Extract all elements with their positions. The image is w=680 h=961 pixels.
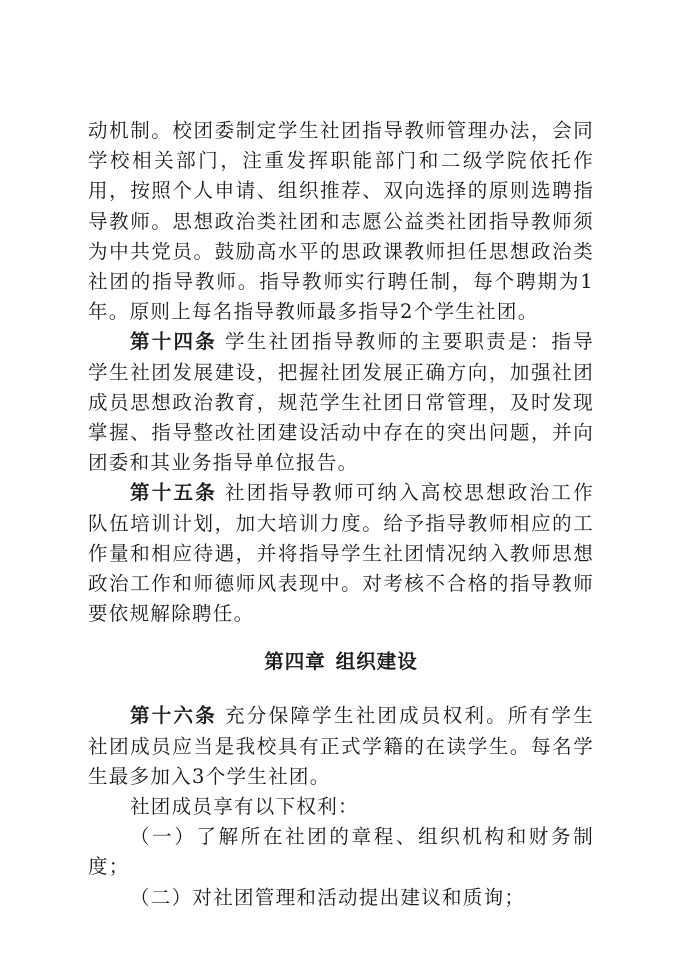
article-14: 第十四条学生社团指导教师的主要职责是：指导学生社团发展建设，把握社团发展正确方向… [88,327,594,478]
article-15: 第十五条社团指导教师可纳入高校思想政治工作队伍培训计划，加大培训力度。给予指导教… [88,478,594,629]
chapter-number: 第四章 [264,650,326,673]
rights-item-1: （一）了解所在社团的章程、组织机构和财务制度； [88,822,594,882]
article-number: 第十四条 [130,330,217,353]
chapter-title: 组织建设 [336,650,418,673]
article-16: 第十六条充分保障学生社团成员权利。所有学生社团成员应当是我校具有正式学籍的在读学… [88,701,594,792]
chapter-heading: 第四章组织建设 [88,629,594,701]
rights-item-2: （二）对社团管理和活动提出建议和质询； [88,883,594,913]
article-number: 第十五条 [130,481,217,504]
rights-intro: 社团成员享有以下权利： [88,792,594,822]
paragraph-continuation: 动机制。校团委制定学生社团指导教师管理办法，会同学校相关部门，注重发挥职能部门和… [88,116,594,327]
document-page: 动机制。校团委制定学生社团指导教师管理办法，会同学校相关部门，注重发挥职能部门和… [88,116,594,913]
article-number: 第十六条 [130,704,217,727]
